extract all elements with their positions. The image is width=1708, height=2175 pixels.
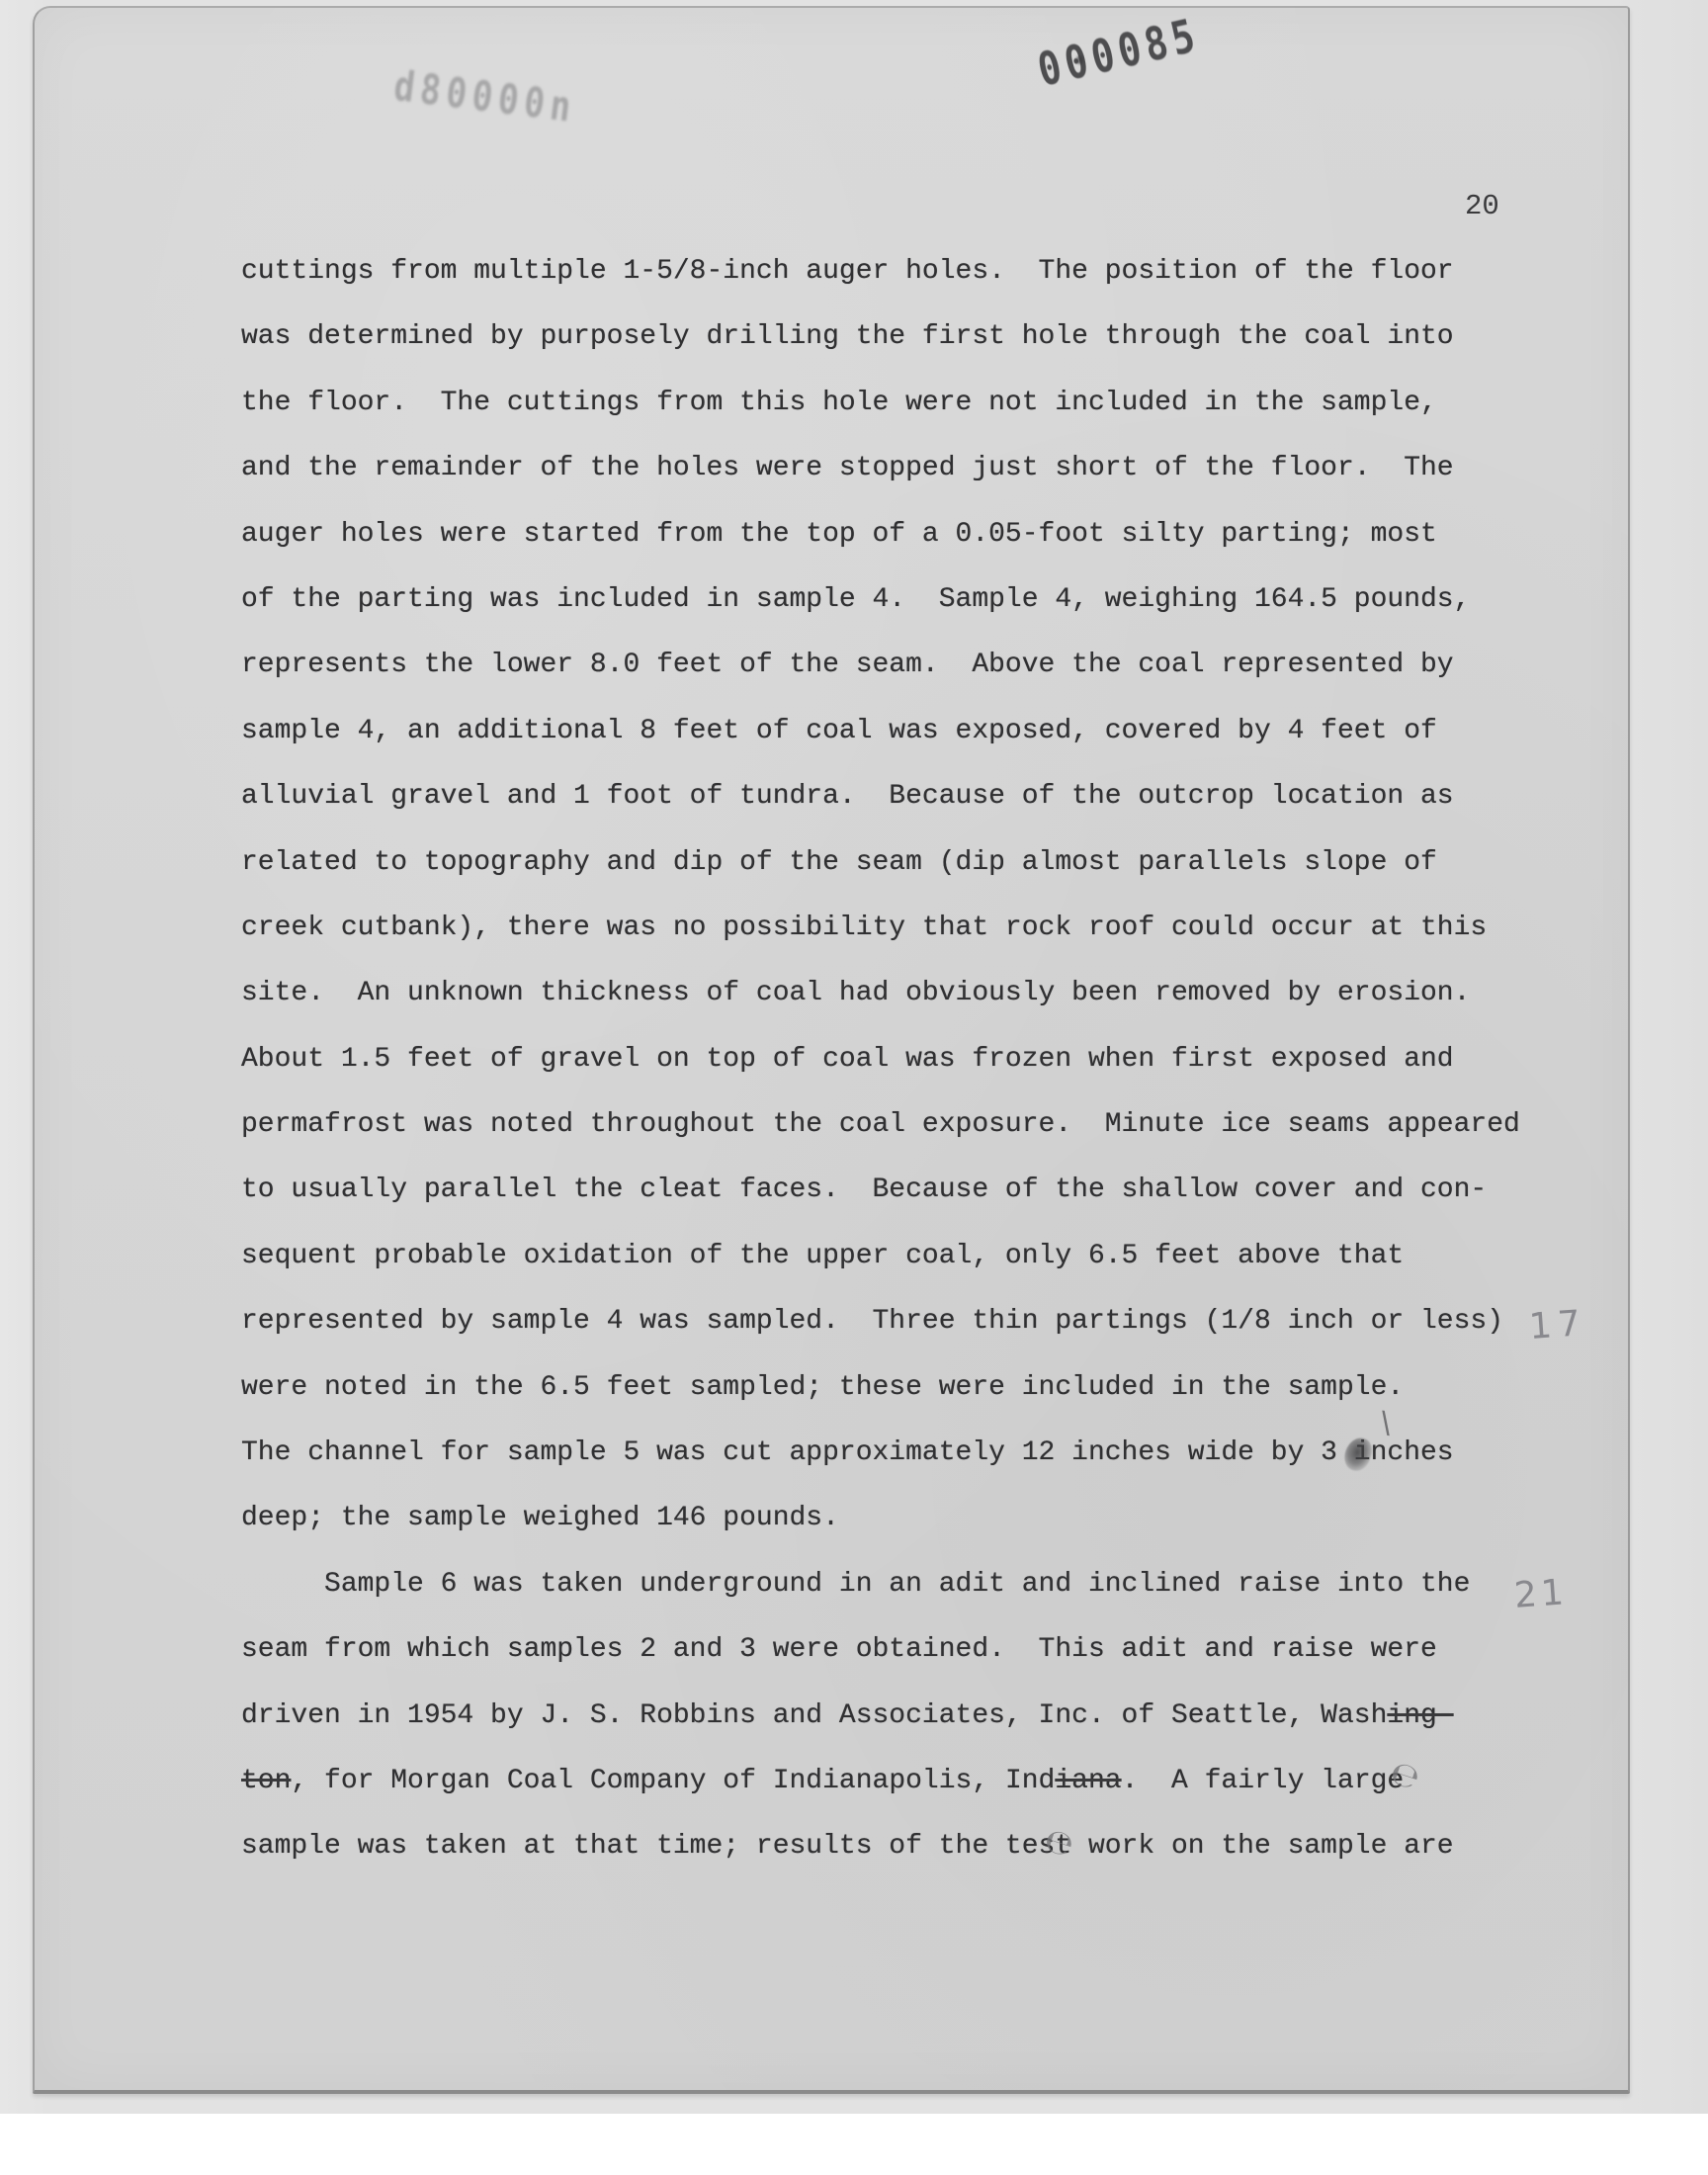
text-segment: site. An unknown thickness of coal had o… xyxy=(241,978,1470,1008)
text-line: was determined by purposely drilling the… xyxy=(241,304,1566,370)
text-segment: Sample 6 was taken underground in an adi… xyxy=(241,1569,1470,1600)
text-segment: the floor. The cuttings from this hole w… xyxy=(241,388,1437,418)
text-line: represented by sample 4 was sampled. Thr… xyxy=(241,1289,1566,1354)
margin-annotation-21: 21 xyxy=(1513,1572,1570,1616)
text-segment: seam from which samples 2 and 3 were obt… xyxy=(241,1634,1437,1665)
text-segment: deep; the sample weighed 146 pounds. xyxy=(241,1503,839,1533)
text-line: related to topography and dip of the sea… xyxy=(241,830,1566,896)
text-segment: , for Morgan Coal Company of Indianapoli… xyxy=(291,1766,1055,1796)
text-segment: and the remainder of the holes were stop… xyxy=(241,453,1454,483)
struck-text: ing- xyxy=(1387,1700,1453,1731)
text-line: represents the lower 8.0 feet of the sea… xyxy=(241,633,1566,698)
text-segment: creek cutbank), there was no possibility… xyxy=(241,913,1487,943)
text-segment: permafrost was noted throughout the coal… xyxy=(241,1109,1520,1140)
text-line: auger holes were started from the top of… xyxy=(241,502,1566,567)
control-number-stamp: 000085 xyxy=(1033,8,1205,97)
struck-text: ton xyxy=(241,1766,291,1796)
text-line: About 1.5 feet of gravel on top of coal … xyxy=(241,1027,1566,1092)
text-segment: represented by sample 4 was sampled. Thr… xyxy=(241,1306,1503,1337)
text-line: cuttings from multiple 1-5/8-inch auger … xyxy=(241,239,1566,304)
text-segment: of the parting was included in sample 4.… xyxy=(241,584,1470,615)
text-segment: represents the lower 8.0 feet of the sea… xyxy=(241,650,1454,680)
text-line: to usually parallel the cleat faces. Bec… xyxy=(241,1158,1566,1223)
text-line: the floor. The cuttings from this hole w… xyxy=(241,371,1566,436)
text-segment: to usually parallel the cleat faces. Bec… xyxy=(241,1174,1487,1205)
text-segment: were noted in the 6.5 feet sampled; thes… xyxy=(241,1372,1404,1403)
document-page: d80000n 000085 20 cuttings from multiple… xyxy=(33,6,1630,2094)
text-segment: was determined by purposely drilling the… xyxy=(241,321,1454,352)
text-segment: . A fairly large xyxy=(1122,1766,1405,1796)
text-line: sequent probable oxidation of the upper … xyxy=(241,1224,1566,1289)
text-segment: sample 4, an additional 8 feet of coal w… xyxy=(241,716,1437,746)
text-line: sample 4, an additional 8 feet of coal w… xyxy=(241,699,1566,764)
text-segment: related to topography and dip of the sea… xyxy=(241,847,1437,878)
text-segment: alluvial gravel and 1 foot of tundra. Be… xyxy=(241,781,1454,812)
text-segment: The channel for sample 5 was cut approxi… xyxy=(241,1437,1454,1468)
text-line: deep; the sample weighed 146 pounds. xyxy=(241,1486,1566,1551)
text-line: driven in 1954 by J. S. Robbins and Asso… xyxy=(241,1684,1566,1749)
body-text: cuttings from multiple 1-5/8-inch auger … xyxy=(241,239,1566,1880)
text-segment: sample was taken at that time; results o… xyxy=(241,1831,1454,1862)
text-line: were noted in the 6.5 feet sampled; thes… xyxy=(241,1355,1566,1421)
text-line: alluvial gravel and 1 foot of tundra. Be… xyxy=(241,764,1566,829)
text-segment: driven in 1954 by J. S. Robbins and Asso… xyxy=(241,1700,1387,1731)
text-line: Sample 6 was taken underground in an adi… xyxy=(241,1552,1566,1617)
text-segment: cuttings from multiple 1-5/8-inch auger … xyxy=(241,256,1454,287)
text-line: ton, for Morgan Coal Company of Indianap… xyxy=(241,1749,1566,1814)
struck-text: iana xyxy=(1055,1766,1121,1796)
text-line: seam from which samples 2 and 3 were obt… xyxy=(241,1617,1566,1683)
text-line: site. An unknown thickness of coal had o… xyxy=(241,961,1566,1026)
text-line: of the parting was included in sample 4.… xyxy=(241,567,1566,633)
text-segment: sequent probable oxidation of the upper … xyxy=(241,1241,1404,1271)
page-number: 20 xyxy=(1465,190,1499,222)
text-segment: auger holes were started from the top of… xyxy=(241,519,1437,550)
offset-mirror-stamp: d80000n xyxy=(391,61,579,131)
text-line: permafrost was noted throughout the coal… xyxy=(241,1092,1566,1158)
margin-annotation-17: 17 xyxy=(1528,1303,1588,1348)
text-line: sample was taken at that time; results o… xyxy=(241,1814,1566,1879)
text-line: and the remainder of the holes were stop… xyxy=(241,436,1566,501)
text-segment: About 1.5 feet of gravel on top of coal … xyxy=(241,1044,1454,1075)
text-line: creek cutbank), there was no possibility… xyxy=(241,896,1566,961)
